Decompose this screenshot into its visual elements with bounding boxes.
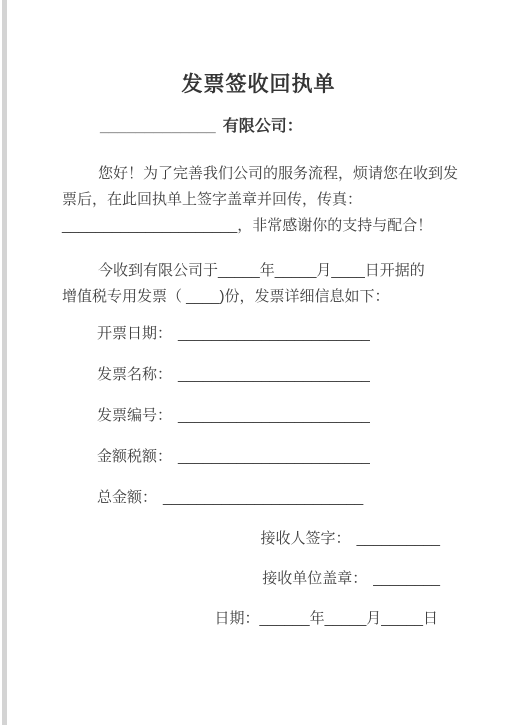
field-row-invoice-date: 开票日期：_______________________ — [62, 326, 455, 342]
intro-paragraph: 您好！为了完善我们公司的服务流程，烦请您在收到发 票后，在此回执单上签字盖章并回… — [62, 161, 455, 239]
signature-label: 接收单位盖章： — [262, 570, 367, 587]
receipt-line-date-blanks: 今收到有限公司于_____年_____月____日开据的 — [62, 258, 455, 284]
page-edge-line — [2, 0, 7, 725]
field-blank: _______________________ — [178, 448, 370, 465]
invoice-detail-fields: 开票日期：_______________________ 发票名称：______… — [62, 326, 455, 506]
intro-line-fax-blank: _____________________，非常感谢你的支持与配合！ — [62, 213, 455, 239]
date-label: 日期： — [215, 610, 260, 627]
signature-blank: __________ — [357, 530, 440, 547]
field-row-invoice-number: 发票编号：_______________________ — [62, 408, 455, 424]
date-row: 日期：______年_____月_____日 — [62, 611, 455, 627]
document-title: 发票签收回执单 — [62, 73, 455, 97]
signature-label: 接收人签字： — [261, 530, 351, 547]
field-label: 开票日期： — [97, 325, 172, 342]
company-name-blank: _____________ — [100, 118, 216, 135]
field-blank: ________________________ — [163, 489, 363, 506]
signature-blank: ________ — [373, 570, 440, 587]
field-row-total-amount: 总金额：________________________ — [62, 490, 455, 506]
receiver-unit-seal-row: 接收单位盖章：________ — [62, 571, 455, 587]
intro-line: 票后，在此回执单上签字盖章并回传，传真： — [62, 187, 455, 213]
intro-line: 您好！为了完善我们公司的服务流程，烦请您在收到发 — [62, 161, 455, 187]
company-line: _____________有限公司： — [62, 118, 455, 136]
document-content: 发票签收回执单 _____________有限公司： 您好！为了完善我们公司的服… — [62, 0, 455, 627]
signature-block: 接收人签字：__________ 接收单位盖章：________ 日期：____… — [62, 531, 455, 627]
field-label: 总金额： — [97, 489, 157, 506]
field-blank: _______________________ — [178, 366, 370, 383]
field-row-invoice-name: 发票名称：_______________________ — [62, 367, 455, 383]
field-label: 发票编号： — [97, 407, 172, 424]
date-blanks: ______年_____月_____日 — [260, 610, 438, 627]
receiver-signature-row: 接收人签字：__________ — [62, 531, 455, 547]
document-page[interactable]: 发票签收回执单 _____________有限公司： 您好！为了完善我们公司的服… — [0, 0, 517, 725]
field-blank: _______________________ — [178, 407, 370, 424]
field-row-amount-tax: 金额税额：_______________________ — [62, 449, 455, 465]
field-blank: _______________________ — [178, 325, 370, 342]
field-label: 发票名称： — [97, 366, 172, 383]
receipt-paragraph: 今收到有限公司于_____年_____月____日开据的 增值税专用发票（ __… — [62, 258, 455, 310]
company-suffix-label: 有限公司： — [223, 118, 303, 135]
field-label: 金额税额： — [97, 448, 172, 465]
receipt-line-count-blank: 增值税专用发票（ ____)份，发票详细信息如下： — [62, 284, 455, 310]
